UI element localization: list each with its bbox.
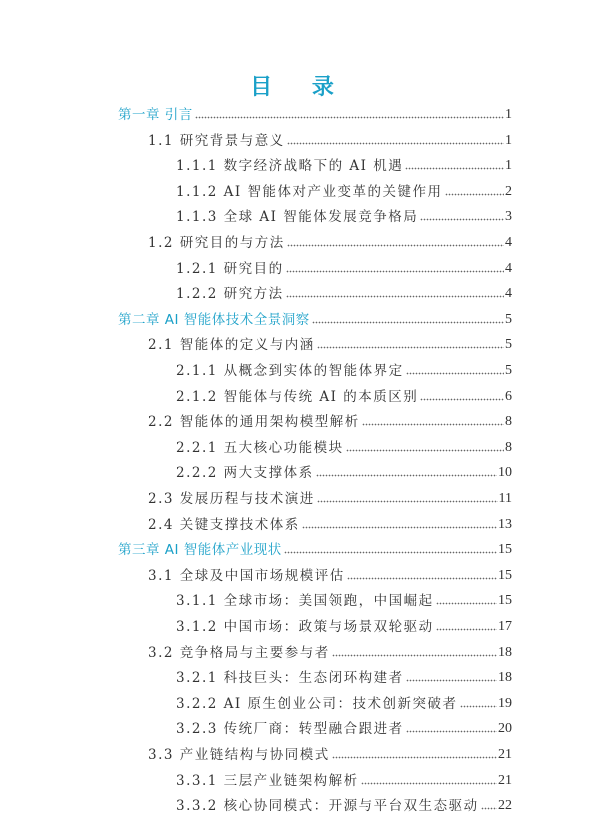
toc-entry-label: 1.2 研究目的与方法 xyxy=(148,234,287,252)
toc-entry-page-number: 1 xyxy=(504,132,512,150)
dot-leader xyxy=(332,654,497,658)
toc-entry-label: 3.1.1 全球市场：美国领跑，中国崛起 xyxy=(176,592,436,610)
toc-entry[interactable]: 3.2.1 科技巨头：生态闭环构建者18 xyxy=(176,667,512,687)
toc-entry[interactable]: 3.2.2 AI 原生创业公司：技术创新突破者19 xyxy=(176,693,512,713)
page-title: 目 录 xyxy=(0,70,600,101)
toc-entry[interactable]: 1.1.1 数字经济战略下的 AI 机遇1 xyxy=(176,155,512,175)
toc-entry-label: 2.1.1 从概念到实体的智能体界定 xyxy=(176,362,406,380)
toc-entry-label: 2.4 关键支撑技术体系 xyxy=(148,516,302,534)
toc-entry-page-number: 19 xyxy=(497,695,512,713)
dot-leader xyxy=(284,551,497,555)
toc-entry-page-number: 4 xyxy=(504,260,512,278)
toc-entry-page-number: 3 xyxy=(504,208,512,226)
toc-entry-page-number: 4 xyxy=(504,285,512,303)
toc-entry-page-number: 15 xyxy=(497,592,512,610)
toc-entry-label: 1.1.3 全球 AI 智能体发展竞争格局 xyxy=(176,208,420,226)
toc-entry[interactable]: 3.3.2 核心协同模式：开源与平台双生态驱动22 xyxy=(176,795,512,815)
dot-leader xyxy=(406,679,497,683)
toc-entry-label: 2.2.2 两大支撑体系 xyxy=(176,464,316,482)
toc-entry-label: 3.1 全球及中国市场规模评估 xyxy=(148,567,347,585)
toc-entry-label: 3.2.1 科技巨头：生态闭环构建者 xyxy=(176,669,406,687)
toc-entry-label: 第二章 AI 智能体技术全景洞察 xyxy=(118,311,312,329)
toc-entry-label: 2.1.2 智能体与传统 AI 的本质区别 xyxy=(176,388,420,406)
toc-entry-page-number: 18 xyxy=(497,669,512,687)
toc-entry-page-number: 6 xyxy=(504,388,512,406)
toc-entry-label: 1.1.2 AI 智能体对产业变革的关键作用 xyxy=(176,183,445,201)
dot-leader xyxy=(361,782,497,786)
toc-entry-page-number: 21 xyxy=(497,772,512,790)
toc-entry[interactable]: 第三章 AI 智能体产业现状15 xyxy=(118,539,512,559)
toc-entry-label: 第一章 引言 xyxy=(118,106,195,124)
toc-entry[interactable]: 3.1.2 中国市场：政策与场景双轮驱动17 xyxy=(176,616,512,636)
toc-entry[interactable]: 第二章 AI 智能体技术全景洞察5 xyxy=(118,309,512,329)
toc-entry-page-number: 20 xyxy=(497,720,512,738)
toc-entry-page-number: 8 xyxy=(504,439,512,457)
dot-leader xyxy=(420,398,504,402)
toc-entry-page-number: 4 xyxy=(504,234,512,252)
dot-leader xyxy=(460,705,497,709)
toc-entry[interactable]: 3.2.3 传统厂商：转型融合跟进者20 xyxy=(176,718,512,738)
dot-leader xyxy=(436,628,497,632)
toc-entry-page-number: 5 xyxy=(504,336,512,354)
toc-entry-label: 第三章 AI 智能体产业现状 xyxy=(118,541,284,559)
toc-entry-label: 3.3.1 三层产业链架构解析 xyxy=(176,772,361,790)
toc-entry-label: 2.2 智能体的通用架构模型解析 xyxy=(148,413,362,431)
toc-entry-page-number: 10 xyxy=(497,464,512,482)
toc-entry-label: 1.2.1 研究目的 xyxy=(176,260,286,278)
toc-entry-page-number: 2 xyxy=(504,183,512,201)
toc-entry-page-number: 5 xyxy=(504,362,512,380)
dot-leader xyxy=(317,500,498,504)
toc-entry[interactable]: 第一章 引言1 xyxy=(118,104,512,124)
toc-entry[interactable]: 3.3 产业链结构与协同模式21 xyxy=(148,744,512,764)
toc-entry-page-number: 13 xyxy=(497,516,512,534)
toc-entry[interactable]: 2.1.1 从概念到实体的智能体界定5 xyxy=(176,360,512,380)
dot-leader xyxy=(405,167,504,171)
toc-entry[interactable]: 2.2.1 五大核心功能模块8 xyxy=(176,437,512,457)
toc-entry-page-number: 1 xyxy=(504,157,512,175)
toc-entry[interactable]: 1.2.1 研究目的4 xyxy=(176,258,512,278)
dot-leader xyxy=(286,295,504,299)
toc-entry[interactable]: 3.1.1 全球市场：美国领跑，中国崛起15 xyxy=(176,590,512,610)
dot-leader xyxy=(346,449,504,453)
toc-entry-page-number: 17 xyxy=(497,618,512,636)
toc-entry-label: 1.1.1 数字经济战略下的 AI 机遇 xyxy=(176,157,405,175)
toc-entry[interactable]: 1.2.2 研究方法4 xyxy=(176,283,512,303)
toc-entry-label: 3.2.3 传统厂商：转型融合跟进者 xyxy=(176,720,406,738)
dot-leader xyxy=(287,142,504,146)
toc-entry-page-number: 18 xyxy=(497,644,512,662)
dot-leader xyxy=(347,577,497,581)
toc-entry-label: 3.3.2 核心协同模式：开源与平台双生态驱动 xyxy=(176,797,481,815)
toc-entry[interactable]: 2.4 关键支撑技术体系13 xyxy=(148,514,512,534)
dot-leader xyxy=(362,423,504,427)
toc-entry[interactable]: 2.3 发展历程与技术演进11 xyxy=(148,488,512,508)
toc-entry-label: 1.1 研究背景与意义 xyxy=(148,132,287,150)
toc-entry-label: 1.2.2 研究方法 xyxy=(176,285,286,303)
toc-entry[interactable]: 2.2.2 两大支撑体系10 xyxy=(176,462,512,482)
toc-entry[interactable]: 2.1 智能体的定义与内涵5 xyxy=(148,334,512,354)
toc-entry-page-number: 22 xyxy=(497,797,512,815)
toc-entry-label: 3.2.2 AI 原生创业公司：技术创新突破者 xyxy=(176,695,460,713)
dot-leader xyxy=(287,244,504,248)
toc-entry[interactable]: 1.1.2 AI 智能体对产业变革的关键作用2 xyxy=(176,181,512,201)
toc-entry-label: 3.2 竞争格局与主要参与者 xyxy=(148,644,332,662)
toc-entry[interactable]: 1.2 研究目的与方法4 xyxy=(148,232,512,252)
toc-entry[interactable]: 3.3.1 三层产业链架构解析21 xyxy=(176,770,512,790)
dot-leader xyxy=(436,602,497,606)
toc-entry-page-number: 5 xyxy=(504,311,512,329)
toc-entry[interactable]: 2.2 智能体的通用架构模型解析8 xyxy=(148,411,512,431)
dot-leader xyxy=(332,756,497,760)
toc-entry[interactable]: 1.1 研究背景与意义1 xyxy=(148,130,512,150)
dot-leader xyxy=(406,372,504,376)
toc-entry[interactable]: 3.2 竞争格局与主要参与者18 xyxy=(148,642,512,662)
toc-entry-page-number: 11 xyxy=(498,490,512,508)
dot-leader xyxy=(317,346,504,350)
dot-leader xyxy=(445,193,504,197)
toc-entry-page-number: 15 xyxy=(497,567,512,585)
toc-entry[interactable]: 3.1 全球及中国市场规模评估15 xyxy=(148,565,512,585)
toc-entry-label: 3.3 产业链结构与协同模式 xyxy=(148,746,332,764)
dot-leader xyxy=(312,321,504,325)
toc-entry-page-number: 21 xyxy=(497,746,512,764)
dot-leader xyxy=(481,807,497,811)
toc-entry[interactable]: 1.1.3 全球 AI 智能体发展竞争格局3 xyxy=(176,206,512,226)
dot-leader xyxy=(195,116,504,120)
dot-leader xyxy=(286,270,504,274)
toc-entry-label: 2.2.1 五大核心功能模块 xyxy=(176,439,346,457)
dot-leader xyxy=(316,474,497,478)
dot-leader xyxy=(406,730,497,734)
dot-leader xyxy=(302,526,497,530)
dot-leader xyxy=(420,218,504,222)
toc-entry-label: 2.3 发展历程与技术演进 xyxy=(148,490,317,508)
toc-entry-page-number: 15 xyxy=(497,541,512,559)
toc-entry-page-number: 1 xyxy=(504,106,512,124)
toc-entry-label: 2.1 智能体的定义与内涵 xyxy=(148,336,317,354)
toc-entry-page-number: 8 xyxy=(504,413,512,431)
toc-entry[interactable]: 2.1.2 智能体与传统 AI 的本质区别6 xyxy=(176,386,512,406)
toc-entry-label: 3.1.2 中国市场：政策与场景双轮驱动 xyxy=(176,618,436,636)
